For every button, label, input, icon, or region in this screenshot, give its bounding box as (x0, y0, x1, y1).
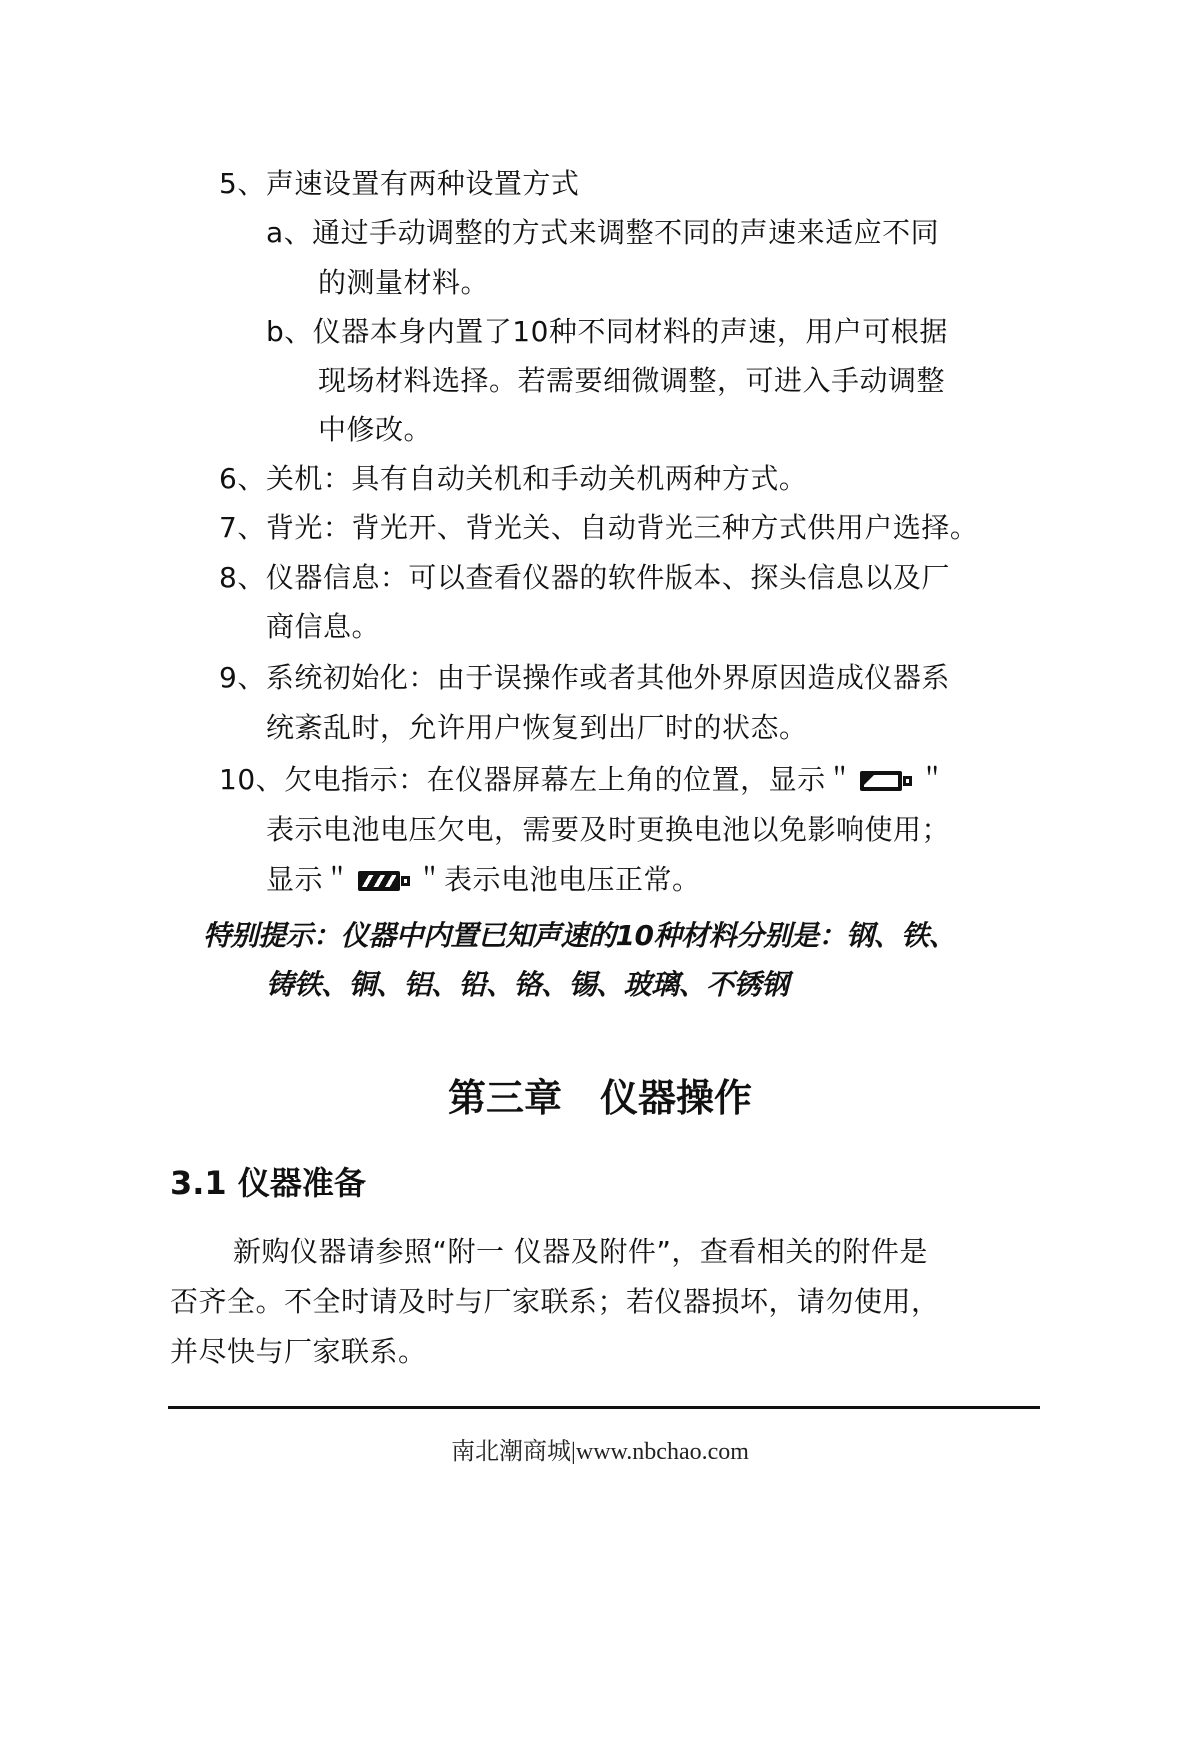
item-9-line2: 统紊乱时，允许用户恢复到出厂时的状态。 (266, 708, 808, 748)
item-5a-line2: 的测量材料。 (318, 263, 489, 303)
chapter-title: 第三章 仪器操作 (0, 1073, 1200, 1123)
item-9-line1: 9、系统初始化：由于误操作或者其他外界原因造成仪器系 (219, 658, 950, 698)
item-10-text-b: ＂ (918, 763, 947, 796)
item-10-text-a: 10、欠电指示：在仪器屏幕左上角的位置，显示＂ (219, 763, 854, 796)
item-10-line3: 显示＂＂表示电池电压正常。 (266, 860, 701, 900)
item-10-text-d: ＂表示电池电压正常。 (416, 863, 701, 896)
special-note-line2: 铸铁、铜、铝、铅、铬、锡、玻璃、不锈钢 (266, 965, 789, 1005)
item-5a-line1: a、通过手动调整的方式来调整不同的声速来适应不同 (266, 213, 939, 253)
item-5b-line3: 中修改。 (318, 410, 432, 450)
special-note-line1: 特别提示：仪器中内置已知声速的10种材料分别是：钢、铁、 (203, 916, 956, 956)
item-8-line1: 8、仪器信息：可以查看仪器的软件版本、探头信息以及厂 (219, 558, 950, 598)
item-5b-line1: b、仪器本身内置了10种不同材料的声速，用户可根据 (266, 312, 948, 352)
footer-divider (168, 1406, 1040, 1409)
section-paragraph-line1: 新购仪器请参照“附一 仪器及附件”，查看相关的附件是 (233, 1232, 928, 1272)
item-10-line2: 表示电池电压欠电，需要及时更换电池以免影响使用； (266, 810, 950, 850)
section-paragraph-line2: 否齐全。不全时请及时与厂家联系；若仪器损坏，请勿使用， (170, 1282, 940, 1322)
item-5: 5、声速设置有两种设置方式 (219, 164, 579, 204)
item-10-line1: 10、欠电指示：在仪器屏幕左上角的位置，显示＂＂ (219, 760, 947, 800)
battery-low-icon (860, 771, 912, 791)
item-10-text-c: 显示＂ (266, 863, 352, 896)
item-6: 6、关机：具有自动关机和手动关机两种方式。 (219, 459, 807, 499)
item-7: 7、背光：背光开、背光关、自动背光三种方式供用户选择。 (219, 508, 978, 548)
section-paragraph-line3: 并尽快与厂家联系。 (170, 1332, 427, 1372)
footer-text: 南北潮商城|www.nbchao.com (0, 1436, 1200, 1468)
section-title: 3.1 仪器准备 (170, 1161, 366, 1205)
battery-full-icon (358, 871, 410, 891)
item-8-line2: 商信息。 (266, 607, 380, 647)
item-5b-line2: 现场材料选择。若需要细微调整，可进入手动调整 (318, 361, 945, 401)
